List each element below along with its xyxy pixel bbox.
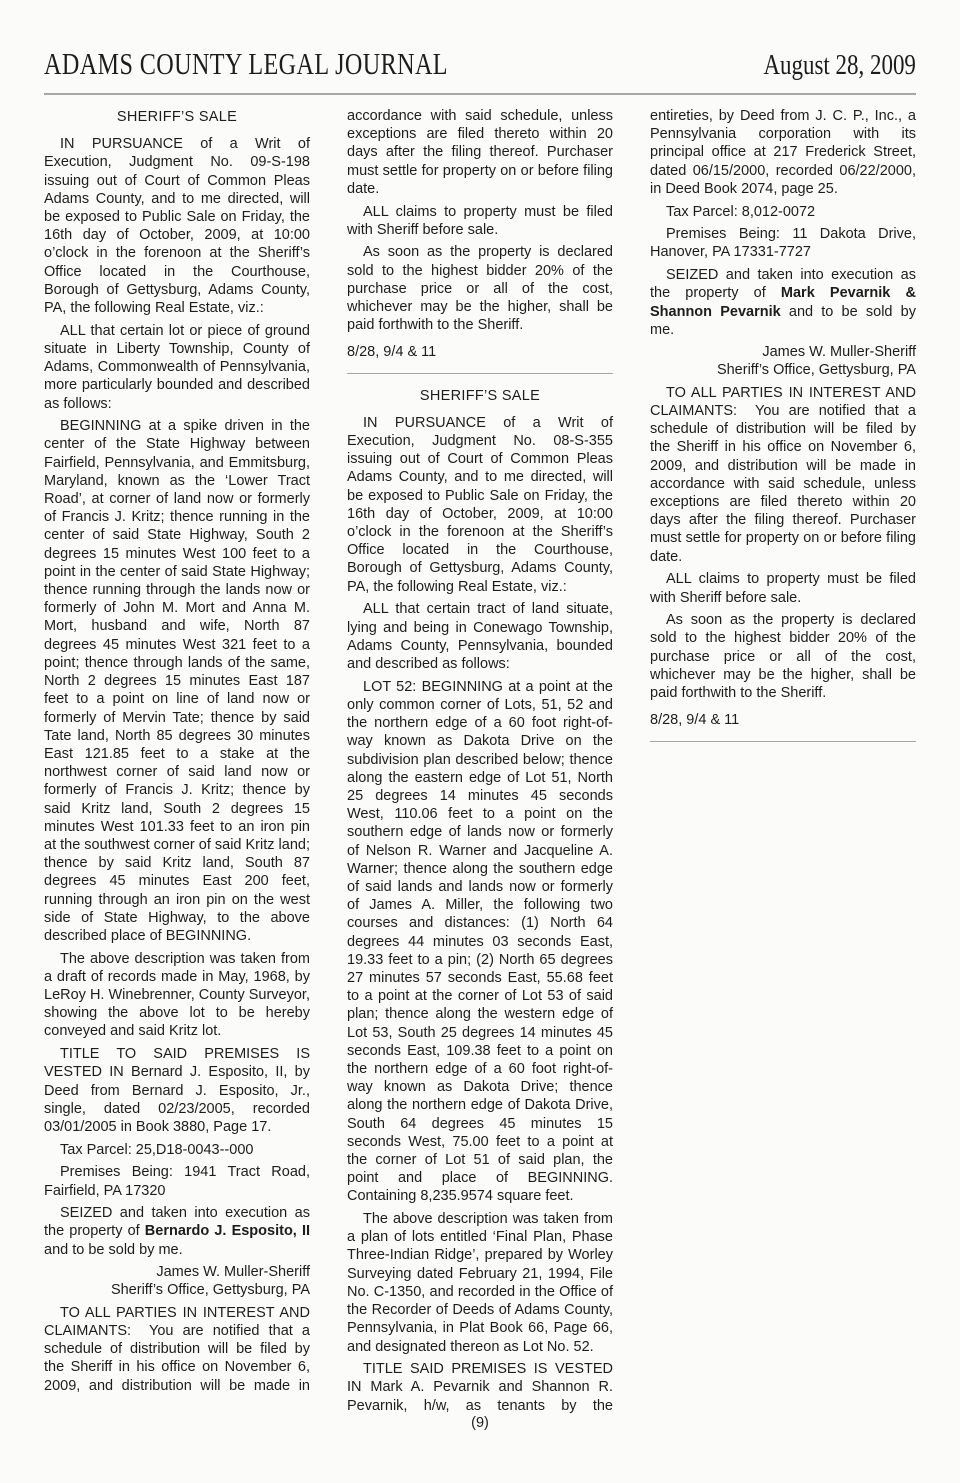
notice-paragraph: The above description was taken from a p… xyxy=(347,1210,613,1356)
notice-heading: SHERIFF’S SALE xyxy=(44,108,310,126)
signature-line: James W. Muller-Sheriff xyxy=(44,1263,310,1281)
notice-paragraph: As soon as the property is declared sold… xyxy=(650,611,916,702)
signature-line: James W. Muller-Sheriff xyxy=(650,343,916,361)
notice-paragraph: entireties, by Deed from J. C. P., Inc.,… xyxy=(650,107,916,198)
notice-paragraph: ALL that certain lot or piece of ground … xyxy=(44,322,310,413)
column-3: entireties, by Deed from J. C. P., Inc.,… xyxy=(650,107,916,1415)
notice-paragraph: ALL that certain tract of land situate, … xyxy=(347,600,613,673)
notice-paragraph: ALL claims to property must be filed wit… xyxy=(650,570,916,606)
column-2: accordance with said schedule, unless ex… xyxy=(347,107,613,1415)
notice-paragraph: Premises Being: 11 Dakota Drive, Hanover… xyxy=(650,225,916,261)
publication-dates: 8/28, 9/4 & 11 xyxy=(650,711,916,729)
journal-page: ADAMS COUNTY LEGAL JOURNAL August 28, 20… xyxy=(0,0,960,1483)
notice-heading: SHERIFF’S SALE xyxy=(347,387,613,405)
notice-paragraph: Premises Being: 1941 Tract Road, Fairfie… xyxy=(44,1163,310,1199)
notice-paragraph: The above description was taken from a d… xyxy=(44,950,310,1041)
masthead: ADAMS COUNTY LEGAL JOURNAL August 28, 20… xyxy=(44,0,916,82)
section-divider xyxy=(650,741,916,742)
notice-paragraph: TO ALL PARTIES IN INTEREST AND CLAIMANTS… xyxy=(650,384,916,566)
notice-paragraph: Tax Parcel: 25,D18-0043--000 xyxy=(44,1141,310,1159)
notice-paragraph: SEIZED and taken into execution as the p… xyxy=(44,1204,310,1259)
notice-paragraph: LOT 52: BEGINNING at a point at the only… xyxy=(347,678,613,1206)
page-columns: SHERIFF’S SALEIN PURSUANCE of a Writ of … xyxy=(44,95,916,1415)
page-footer: (9) xyxy=(44,1415,916,1431)
notice-paragraph: IN PURSUANCE of a Writ of Execution, Jud… xyxy=(347,414,613,596)
page-number: (9) xyxy=(471,1415,489,1431)
notice-paragraph: TITLE SAID PREMISES IS VESTED IN Mark A.… xyxy=(347,1360,613,1415)
defendant-name: Bernardo J. Esposito, II xyxy=(145,1223,310,1239)
notice-paragraph: TO ALL PARTIES IN INTEREST AND CLAIMANTS… xyxy=(44,1304,310,1395)
column-1: SHERIFF’S SALEIN PURSUANCE of a Writ of … xyxy=(44,107,310,1415)
text-run: and to be sold by me. xyxy=(44,1242,183,1258)
notice-paragraph: Tax Parcel: 8,012-0072 xyxy=(650,203,916,221)
notice-paragraph: IN PURSUANCE of a Writ of Execution, Jud… xyxy=(44,135,310,317)
notice-paragraph: As soon as the property is declared sold… xyxy=(347,243,613,334)
notice-paragraph: accordance with said schedule, unless ex… xyxy=(347,107,613,198)
journal-title: ADAMS COUNTY LEGAL JOURNAL xyxy=(44,46,448,82)
section-divider xyxy=(347,373,613,374)
publication-dates: 8/28, 9/4 & 11 xyxy=(347,343,613,361)
issue-date: August 28, 2009 xyxy=(764,50,916,82)
notice-paragraph: BEGINNING at a spike driven in the cente… xyxy=(44,417,310,945)
notice-paragraph: TITLE TO SAID PREMISES IS VESTED IN Bern… xyxy=(44,1045,310,1136)
signature-line: Sheriff’s Office, Gettysburg, PA xyxy=(650,361,916,379)
notice-paragraph: SEIZED and taken into execution as the p… xyxy=(650,266,916,339)
signature-line: Sheriff’s Office, Gettysburg, PA xyxy=(44,1281,310,1299)
notice-paragraph: ALL claims to property must be filed wit… xyxy=(347,203,613,239)
